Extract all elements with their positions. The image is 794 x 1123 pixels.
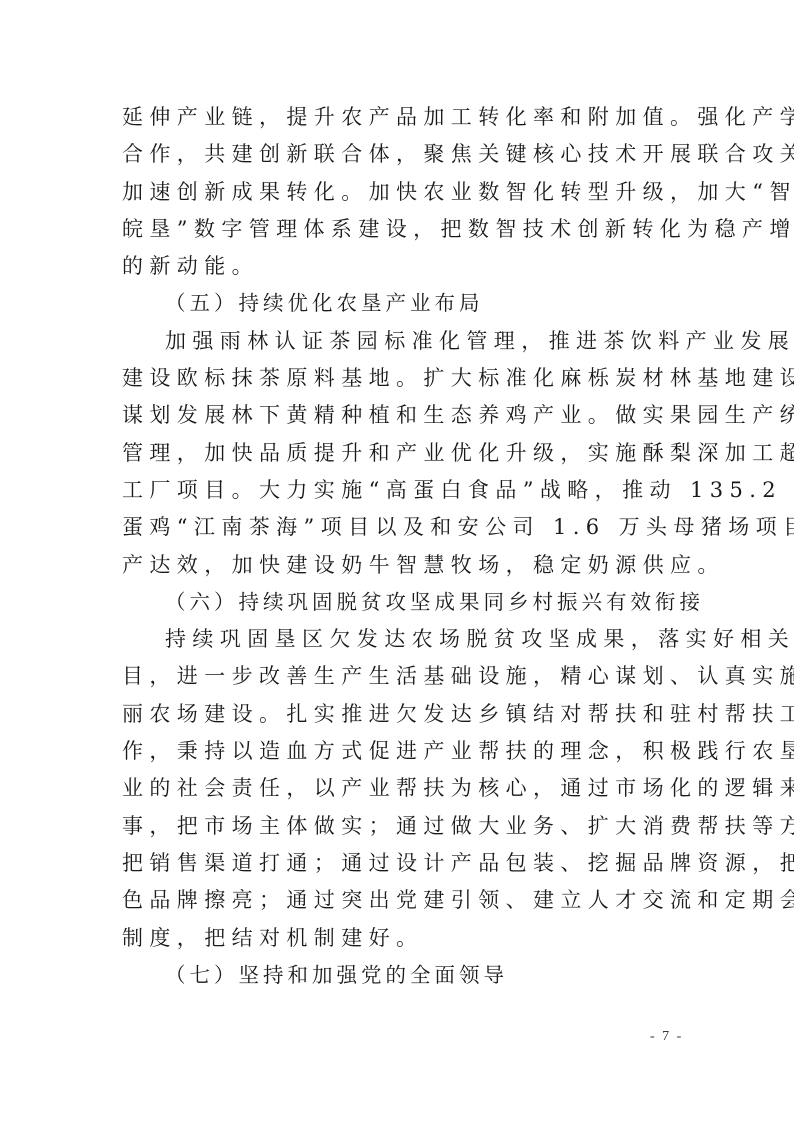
paragraph-line: 制度，把结对机制建好。 xyxy=(122,920,678,957)
paragraph-first-line: 持续巩固垦区欠发达农场脱贫攻坚成果，落实好相关项 xyxy=(122,621,678,658)
paragraph-line: 合作，共建创新联合体，聚焦关键核心技术开展联合攻关， xyxy=(122,136,678,173)
paragraph-line: 目，进一步改善生产生活基础设施，精心谋划、认真实施美 xyxy=(122,658,678,695)
paragraph-line: 的新动能。 xyxy=(122,248,678,285)
section-heading-6: （六）持续巩固脱贫攻坚成果同乡村振兴有效衔接 xyxy=(122,584,678,621)
page-number: - 7 - xyxy=(650,1029,683,1045)
document-page: 延伸产业链，提升农产品加工转化率和附加值。强化产学研 合作，共建创新联合体，聚焦… xyxy=(122,99,678,994)
paragraph-line: 丽农场建设。扎实推进欠发达乡镇结对帮扶和驻村帮扶工 xyxy=(122,696,678,733)
paragraph-line: 皖垦”数字管理体系建设，把数智技术创新转化为稳产增效 xyxy=(122,211,678,248)
paragraph-line: 工厂项目。大力实施“高蛋白食品”战略，推动 135.2 万羽 xyxy=(122,472,678,509)
paragraph-line: 加速创新成果转化。加快农业数智化转型升级，加大“智慧 xyxy=(122,174,678,211)
section-heading-7: （七）坚持和加强党的全面领导 xyxy=(122,957,678,994)
paragraph-line: 业的社会责任，以产业帮扶为核心，通过市场化的逻辑来办 xyxy=(122,770,678,807)
paragraph-line: 管理，加快品质提升和产业优化升级，实施酥梨深加工超级 xyxy=(122,435,678,472)
paragraph-line: 延伸产业链，提升农产品加工转化率和附加值。强化产学研 xyxy=(122,99,678,136)
paragraph-line: 产达效，加快建设奶牛智慧牧场，稳定奶源供应。 xyxy=(122,547,678,584)
paragraph-line: 事，把市场主体做实；通过做大业务、扩大消费帮扶等方式， xyxy=(122,808,678,845)
paragraph-line: 谋划发展林下黄精种植和生态养鸡产业。做实果园生产统一 xyxy=(122,397,678,434)
paragraph-line: 把销售渠道打通；通过设计产品包装、挖掘品牌资源，把特 xyxy=(122,845,678,882)
paragraph-line: 蛋鸡“江南茶海”项目以及和安公司 1.6 万头母猪场项目满 xyxy=(122,509,678,546)
section-heading-5: （五）持续优化农垦产业布局 xyxy=(122,285,678,322)
paragraph-line: 作，秉持以造血方式促进产业帮扶的理念，积极践行农垦企 xyxy=(122,733,678,770)
paragraph-line: 色品牌擦亮；通过突出党建引领、建立人才交流和定期会商 xyxy=(122,882,678,919)
paragraph-line: 建设欧标抹茶原料基地。扩大标准化麻栎炭材林基地建设， xyxy=(122,360,678,397)
paragraph-first-line: 加强雨林认证茶园标准化管理，推进茶饮料产业发展， xyxy=(122,323,678,360)
